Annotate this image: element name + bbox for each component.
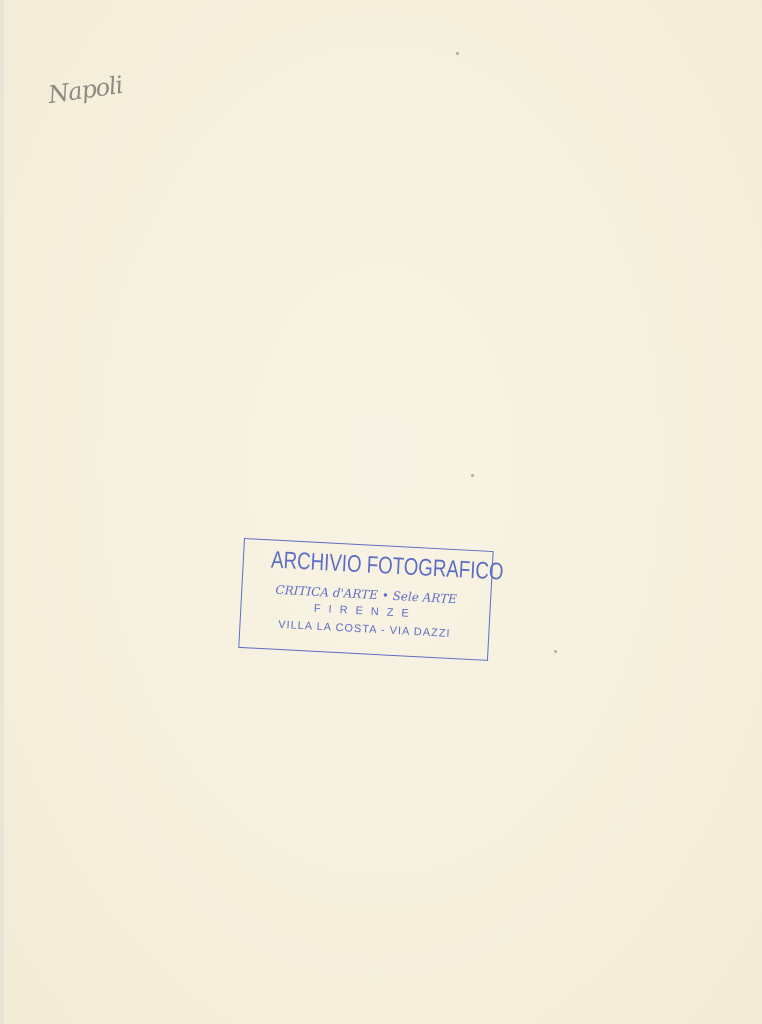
paper-edge bbox=[0, 0, 4, 1024]
paper-speck bbox=[471, 474, 474, 477]
stamp-title: ARCHIVIO FOTOGRAFICO bbox=[270, 546, 465, 584]
handwritten-note: Napoli bbox=[46, 71, 124, 109]
paper-speck bbox=[456, 52, 459, 55]
paper-speck bbox=[554, 650, 557, 653]
archive-stamp: ARCHIVIO FOTOGRAFICO CRITICA d'ARTE • Se… bbox=[238, 538, 493, 661]
document-page: Napoli ARCHIVIO FOTOGRAFICO CRITICA d'AR… bbox=[0, 0, 762, 1024]
